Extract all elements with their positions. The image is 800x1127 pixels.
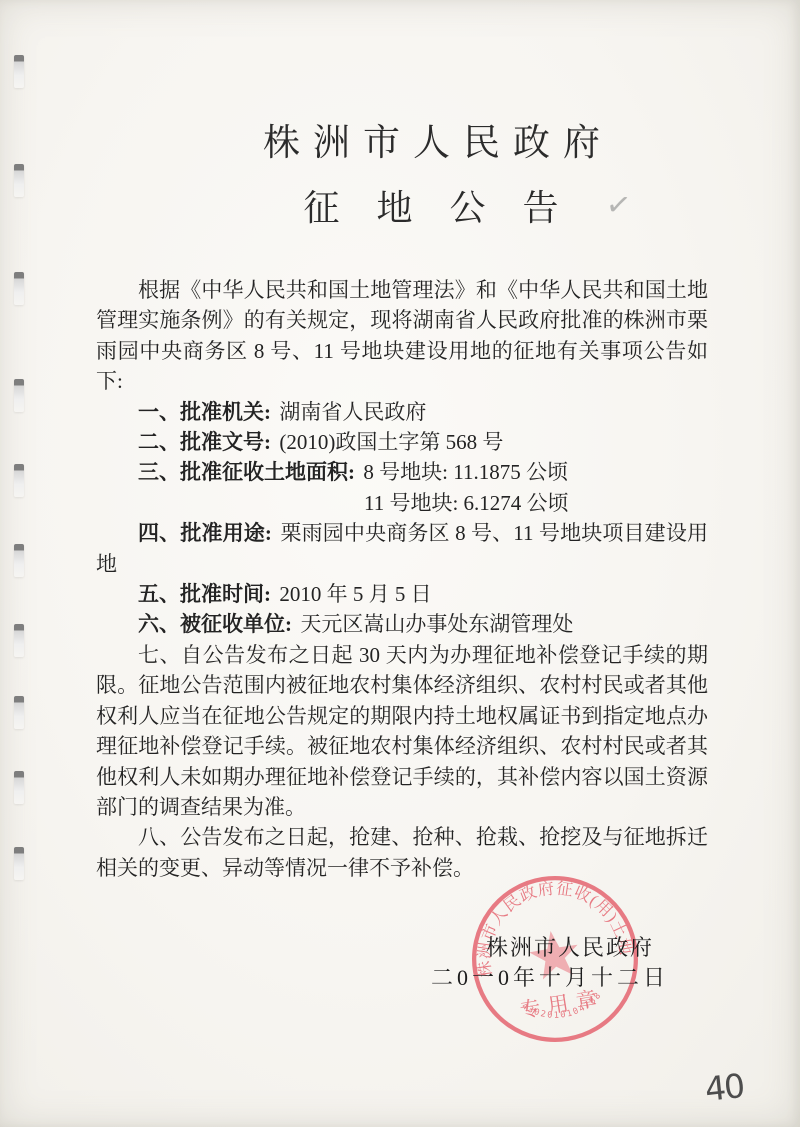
clause-1: 一、批准机关:湖南省人民政府 [96,397,708,427]
signature-date: 二0一0年十月十二日 [431,961,669,992]
document-header: 株洲市人民政府 征 地 公 告 [132,0,744,231]
handwritten-page-number: 40 [703,1066,745,1109]
clause-3-continuation: 11 号地块: 6.1274 公顷 [364,488,708,518]
clause-label: 批准征收土地面积: [180,460,355,484]
clause-3: 三、批准征收土地面积:8 号地块: 11.1875 公顷 [96,457,708,487]
scanned-document-page: { "document": { "title_line1": "株洲市人民政府"… [0,0,800,1127]
clause-6: 六、被征收单位:天元区嵩山办事处东湖管理处 [96,609,708,639]
binding-hole [14,847,24,880]
binding-hole [14,624,24,657]
binding-hole [14,771,24,804]
clause-value: 湖南省人民政府 [279,400,426,424]
binding-hole [14,696,24,729]
clause-2: 二、批准文号:(2010)政国土字第 568 号 [96,427,708,457]
clause-label: 批准机关: [180,400,271,424]
clause-value: (2010)政国土字第 568 号 [279,430,503,454]
document-content: 株洲市人民政府 征 地 公 告 根据《中华人民共和国土地管理法》和《中华人民共和… [96,0,708,883]
clause-value: 2010 年 5 月 5 日 [279,582,431,606]
clause-label: 被征收单位: [180,612,292,636]
document-body: 根据《中华人民共和国土地管理法》和《中华人民共和国土地管理实施条例》的有关规定，… [96,275,708,883]
binding-hole [14,164,24,197]
signature-issuer: 株洲市人民政府 [486,931,654,962]
clause-value: 8 号地块: 11.1875 公顷 [363,460,568,484]
binding-hole [14,464,24,497]
pen-check-mark: ✓ [604,186,634,224]
intro-paragraph: 根据《中华人民共和国土地管理法》和《中华人民共和国土地管理实施条例》的有关规定，… [96,275,708,397]
clause-label: 批准文号: [180,430,271,454]
clause-value: 天元区嵩山办事处东湖管理处 [300,612,573,636]
issuer-title: 株洲市人民政府 [132,112,744,166]
binding-hole [14,55,24,88]
clause-label: 批准用途: [180,521,272,545]
binding-hole [14,272,24,305]
clause-label: 批准时间: [180,582,271,606]
clause-5: 五、批准时间:2010 年 5 月 5 日 [96,579,708,609]
clause-4: 四、批准用途:栗雨园中央商务区 8 号、11 号地块项目建设用地 [96,518,708,579]
clause-value: 自公告发布之日起 30 天内为办理征地补偿登记手续的期限。征地公告范围内被征地农… [96,643,708,819]
notice-title: 征 地 公 告 [132,180,744,231]
binding-hole [14,379,24,412]
binding-hole [14,544,24,577]
clause-7: 七、自公告发布之日起 30 天内为办理征地补偿登记手续的期限。征地公告范围内被征… [96,640,708,822]
